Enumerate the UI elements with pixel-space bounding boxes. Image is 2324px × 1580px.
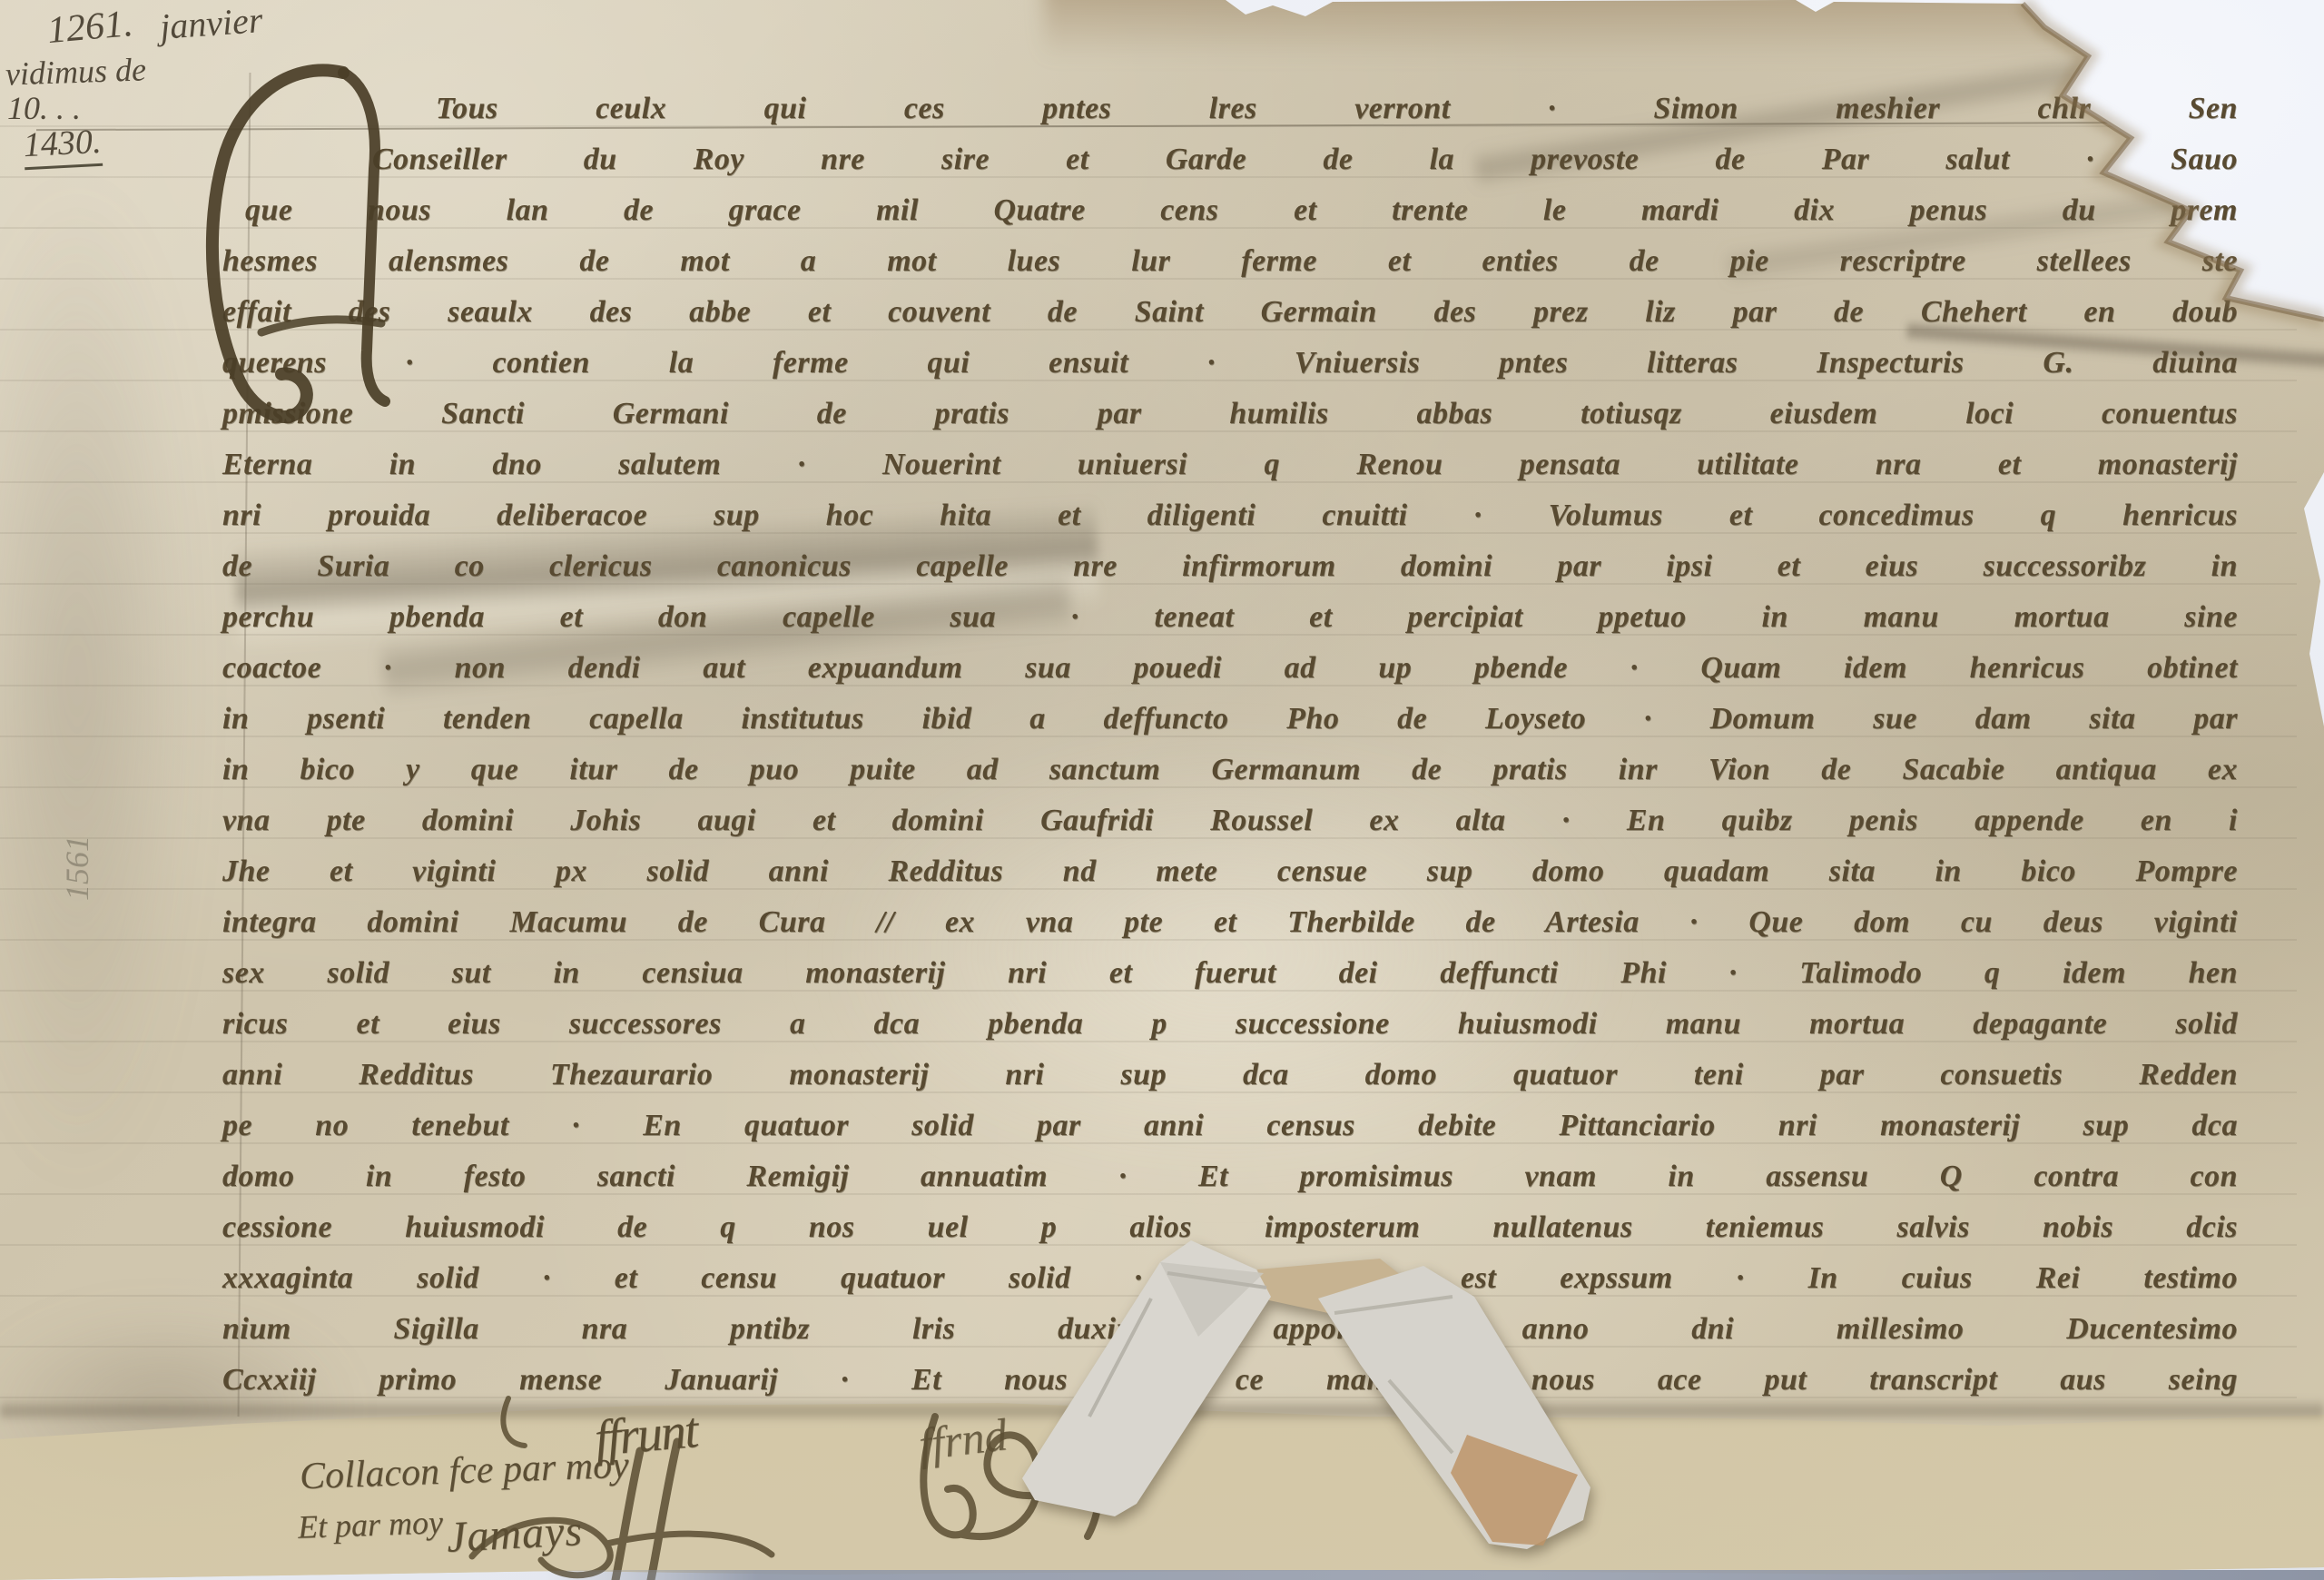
- manuscript-line: ricus et eius successores a dca pbenda p…: [222, 999, 2238, 1050]
- manuscript-line: xxxaginta solid · et censu quatuor solid…: [222, 1253, 2238, 1304]
- annotation-year-1261: 1261.: [45, 2, 134, 53]
- manuscript-line: coactoe · non dendi aut expuandum sua po…: [222, 643, 2238, 694]
- collation-signature-3: ffrnd: [916, 1407, 1010, 1470]
- manuscript-line: in bico y que itur de puo puite ad sanct…: [222, 745, 2238, 795]
- annotation-year-1430: 1430.: [23, 122, 103, 170]
- manuscript-line: Ccxxiij primo mense Januarij · Et nous s…: [222, 1355, 2238, 1406]
- manuscript-line: vna pte domini Johis augi et domini Gauf…: [222, 795, 2238, 846]
- annotation-vidimus-2: 10. . .: [7, 89, 81, 127]
- manuscript-line: Eterna in dno salutem · Nouerint uniuers…: [222, 439, 2238, 490]
- manuscript-line: de Suria co clericus canonicus capelle n…: [222, 541, 2238, 592]
- manuscript-line: effait des seaulx des abbe et couvent de…: [222, 287, 2238, 338]
- manuscript-line: Tous ceulx qui ces pntes lres verront · …: [436, 84, 2238, 134]
- manuscript-text-block: Tous ceulx qui ces pntes lres verront · …: [222, 84, 2238, 1406]
- manuscript-line: in psenti tenden capella institutus ibid…: [222, 694, 2238, 745]
- manuscript-photo: 1261. janvier vidimus de 10. . . 1430. 1…: [0, 0, 2324, 1580]
- manuscript-line: anni Redditus Thezaurario monasterij nri…: [222, 1050, 2238, 1101]
- manuscript-line: cessione huiusmodi de q nos uel p alios …: [222, 1202, 2238, 1253]
- manuscript-line: nium Sigilla nra pntibz lris duximus app…: [222, 1304, 2238, 1355]
- annotation-margin-year: 1561: [58, 835, 96, 901]
- manuscript-line: que nous lan de grace mil Quatre cens et…: [245, 185, 2238, 236]
- annotation-vidimus-1: vidimus de: [5, 50, 146, 93]
- manuscript-line: perchu pbenda et don capelle sua · tenea…: [222, 592, 2238, 643]
- manuscript-line: Jhe et viginti px solid anni Redditus nd…: [222, 846, 2238, 897]
- manuscript-line: hesmes alensmes de mot a mot lues lur fe…: [222, 236, 2238, 287]
- annotation-month: janvier: [158, 0, 263, 48]
- manuscript-line: nri prouida deliberacoe sup hoc hita et …: [222, 490, 2238, 541]
- manuscript-line: Conseiller du Roy nre sire et Garde de l…: [372, 134, 2238, 185]
- manuscript-line: querens · contien la ferme qui ensuit · …: [222, 338, 2238, 389]
- manuscript-line: pmissione Sancti Germani de pratis par h…: [222, 389, 2238, 439]
- manuscript-line: pe no tenebut · En quatuor solid par ann…: [222, 1101, 2238, 1151]
- manuscript-line: sex solid sut in censiua monasterij nri …: [222, 948, 2238, 999]
- collation-attestation-2: Et par moy: [297, 1503, 443, 1546]
- backing-edge-sliver: [545, 1570, 2324, 1580]
- collation-signature-2: Jamays: [446, 1506, 585, 1563]
- manuscript-line: integra domini Macumu de Cura // ex vna …: [222, 897, 2238, 948]
- collation-signature-1: ffrunt: [592, 1401, 699, 1468]
- manuscript-line: domo in festo sancti Remigij annuatim · …: [222, 1151, 2238, 1202]
